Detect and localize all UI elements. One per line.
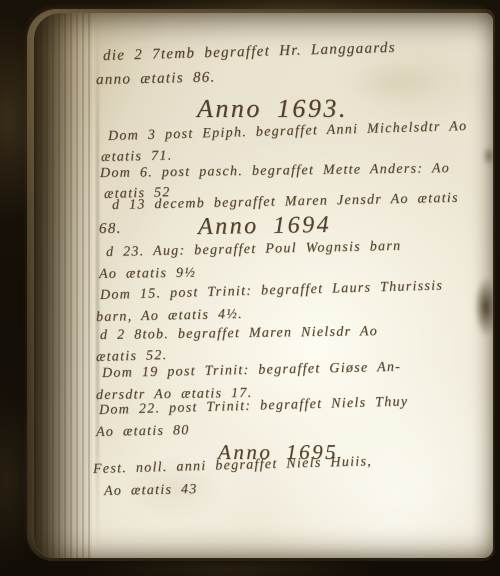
book-photo: die 2 7temb begraffet Hr. Langgaardsanno… <box>0 0 500 576</box>
binding-gutter-shadow <box>34 13 92 558</box>
ink-smudge-small <box>481 143 493 169</box>
paper-stain <box>104 443 244 533</box>
paper-stain <box>334 53 454 113</box>
manuscript-page <box>34 13 493 558</box>
page-crease <box>96 13 99 558</box>
ink-smudge <box>471 268 493 346</box>
